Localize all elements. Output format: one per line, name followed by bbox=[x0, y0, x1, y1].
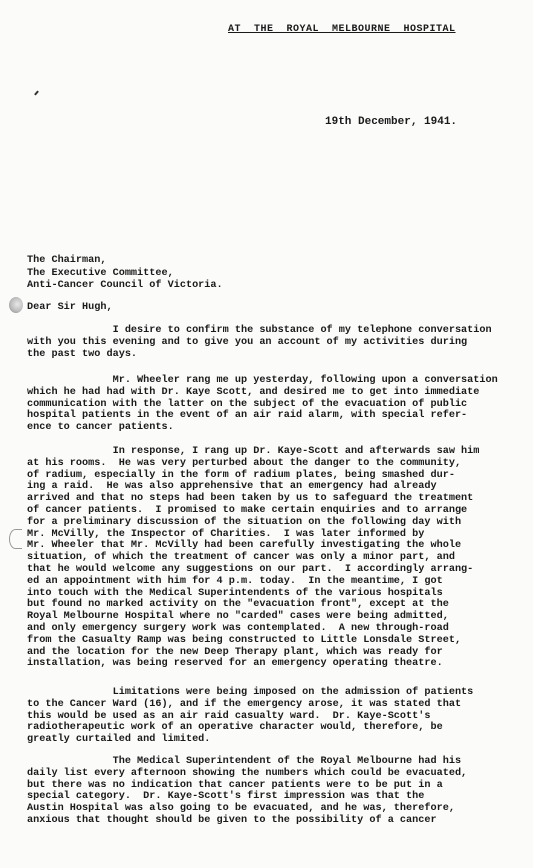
text-line: but found no marked activity on the "eva… bbox=[27, 599, 527, 611]
text-line: The Medical Superintendent of the Royal … bbox=[27, 756, 527, 768]
text-line: situation, of which the treatment of can… bbox=[27, 552, 527, 564]
letterhead: AT THE ROYAL MELBOURNE HOSPITAL bbox=[228, 24, 456, 35]
text-line: ed an appointment with him for 4 p.m. to… bbox=[27, 576, 527, 588]
paragraph: Mr. Wheeler rang me up yesterday, follow… bbox=[27, 375, 527, 434]
address-line: The Chairman, bbox=[27, 255, 223, 268]
letter-page: AT THE ROYAL MELBOURNE HOSPITAL 19th Dec… bbox=[0, 0, 533, 868]
text-line: to the Cancer Ward (16), and if the emer… bbox=[27, 699, 527, 711]
punch-hole-outline bbox=[9, 529, 22, 549]
paragraph: The Medical Superintendent of the Royal … bbox=[27, 756, 527, 827]
text-line: In response, I rang up Dr. Kaye-Scott an… bbox=[27, 446, 527, 458]
text-line: for a preliminary discussion of the situ… bbox=[27, 517, 527, 529]
text-line: special category. Dr. Kaye-Scott's first… bbox=[27, 791, 527, 803]
text-line: anxious that thought should be given to … bbox=[27, 815, 527, 827]
paragraph: Limitations were being imposed on the ad… bbox=[27, 687, 527, 746]
text-line: hospital patients in the event of an air… bbox=[27, 410, 527, 422]
text-line: radiotherapeutic work of an operative ch… bbox=[27, 722, 527, 734]
text-line: ence to cancer patients. bbox=[27, 422, 527, 434]
text-line: that he would welcome any suggestions on… bbox=[27, 564, 527, 576]
text-line: daily list every afternoon showing the n… bbox=[27, 768, 527, 780]
text-line: of radium, especially in the form of rad… bbox=[27, 470, 527, 482]
text-line: and the location for the new Deep Therap… bbox=[27, 647, 527, 659]
text-line: of cancer patients. I promised to make c… bbox=[27, 505, 527, 517]
text-line: the past two days. bbox=[27, 349, 527, 361]
text-line: Mr. Wheeler rang me up yesterday, follow… bbox=[27, 375, 527, 387]
text-line: installation, was being reserved for an … bbox=[27, 658, 527, 670]
text-line: which he had had with Dr. Kaye Scott, an… bbox=[27, 387, 527, 399]
text-line: with you this evening and to give you an… bbox=[27, 337, 527, 349]
text-line: Royal Melbourne Hospital where no "carde… bbox=[27, 611, 527, 623]
text-line: communication with the latter on the sub… bbox=[27, 399, 527, 411]
text-line: Limitations were being imposed on the ad… bbox=[27, 687, 527, 699]
address-line: The Executive Committee, bbox=[27, 268, 223, 281]
letter-date: 19th December, 1941. bbox=[325, 116, 457, 128]
text-line: Mr. Wheeler that Mr. McVilly had been ca… bbox=[27, 540, 527, 552]
text-line: greatly curtailed and limited. bbox=[27, 734, 527, 746]
text-line: at his rooms. He was very perturbed abou… bbox=[27, 458, 527, 470]
salutation: Dear Sir Hugh, bbox=[27, 302, 113, 313]
text-line: and only emergency surgery work was cont… bbox=[27, 623, 527, 635]
paragraph: In response, I rang up Dr. Kaye-Scott an… bbox=[27, 446, 527, 670]
text-line: I desire to confirm the substance of my … bbox=[27, 325, 527, 337]
text-line: but there was no indication that cancer … bbox=[27, 780, 527, 792]
text-line: Mr. McVilly, the Inspector of Charities.… bbox=[27, 529, 527, 541]
pen-mark bbox=[34, 90, 39, 95]
recipient-address: The Chairman, The Executive Committee, A… bbox=[27, 255, 223, 293]
text-line: ing a raid. He was also apprehensive tha… bbox=[27, 481, 527, 493]
paragraph: I desire to confirm the substance of my … bbox=[27, 325, 527, 360]
text-line: from the Casualty Ramp was being constru… bbox=[27, 635, 527, 647]
punch-hole bbox=[9, 297, 23, 313]
text-line: arrived and that no steps had been taken… bbox=[27, 493, 527, 505]
text-line: into touch with the Medical Superintende… bbox=[27, 588, 527, 600]
address-line: Anti-Cancer Council of Victoria. bbox=[27, 280, 223, 293]
text-line: this would be used as an air raid casual… bbox=[27, 711, 527, 723]
text-line: Austin Hospital was also going to be eva… bbox=[27, 803, 527, 815]
